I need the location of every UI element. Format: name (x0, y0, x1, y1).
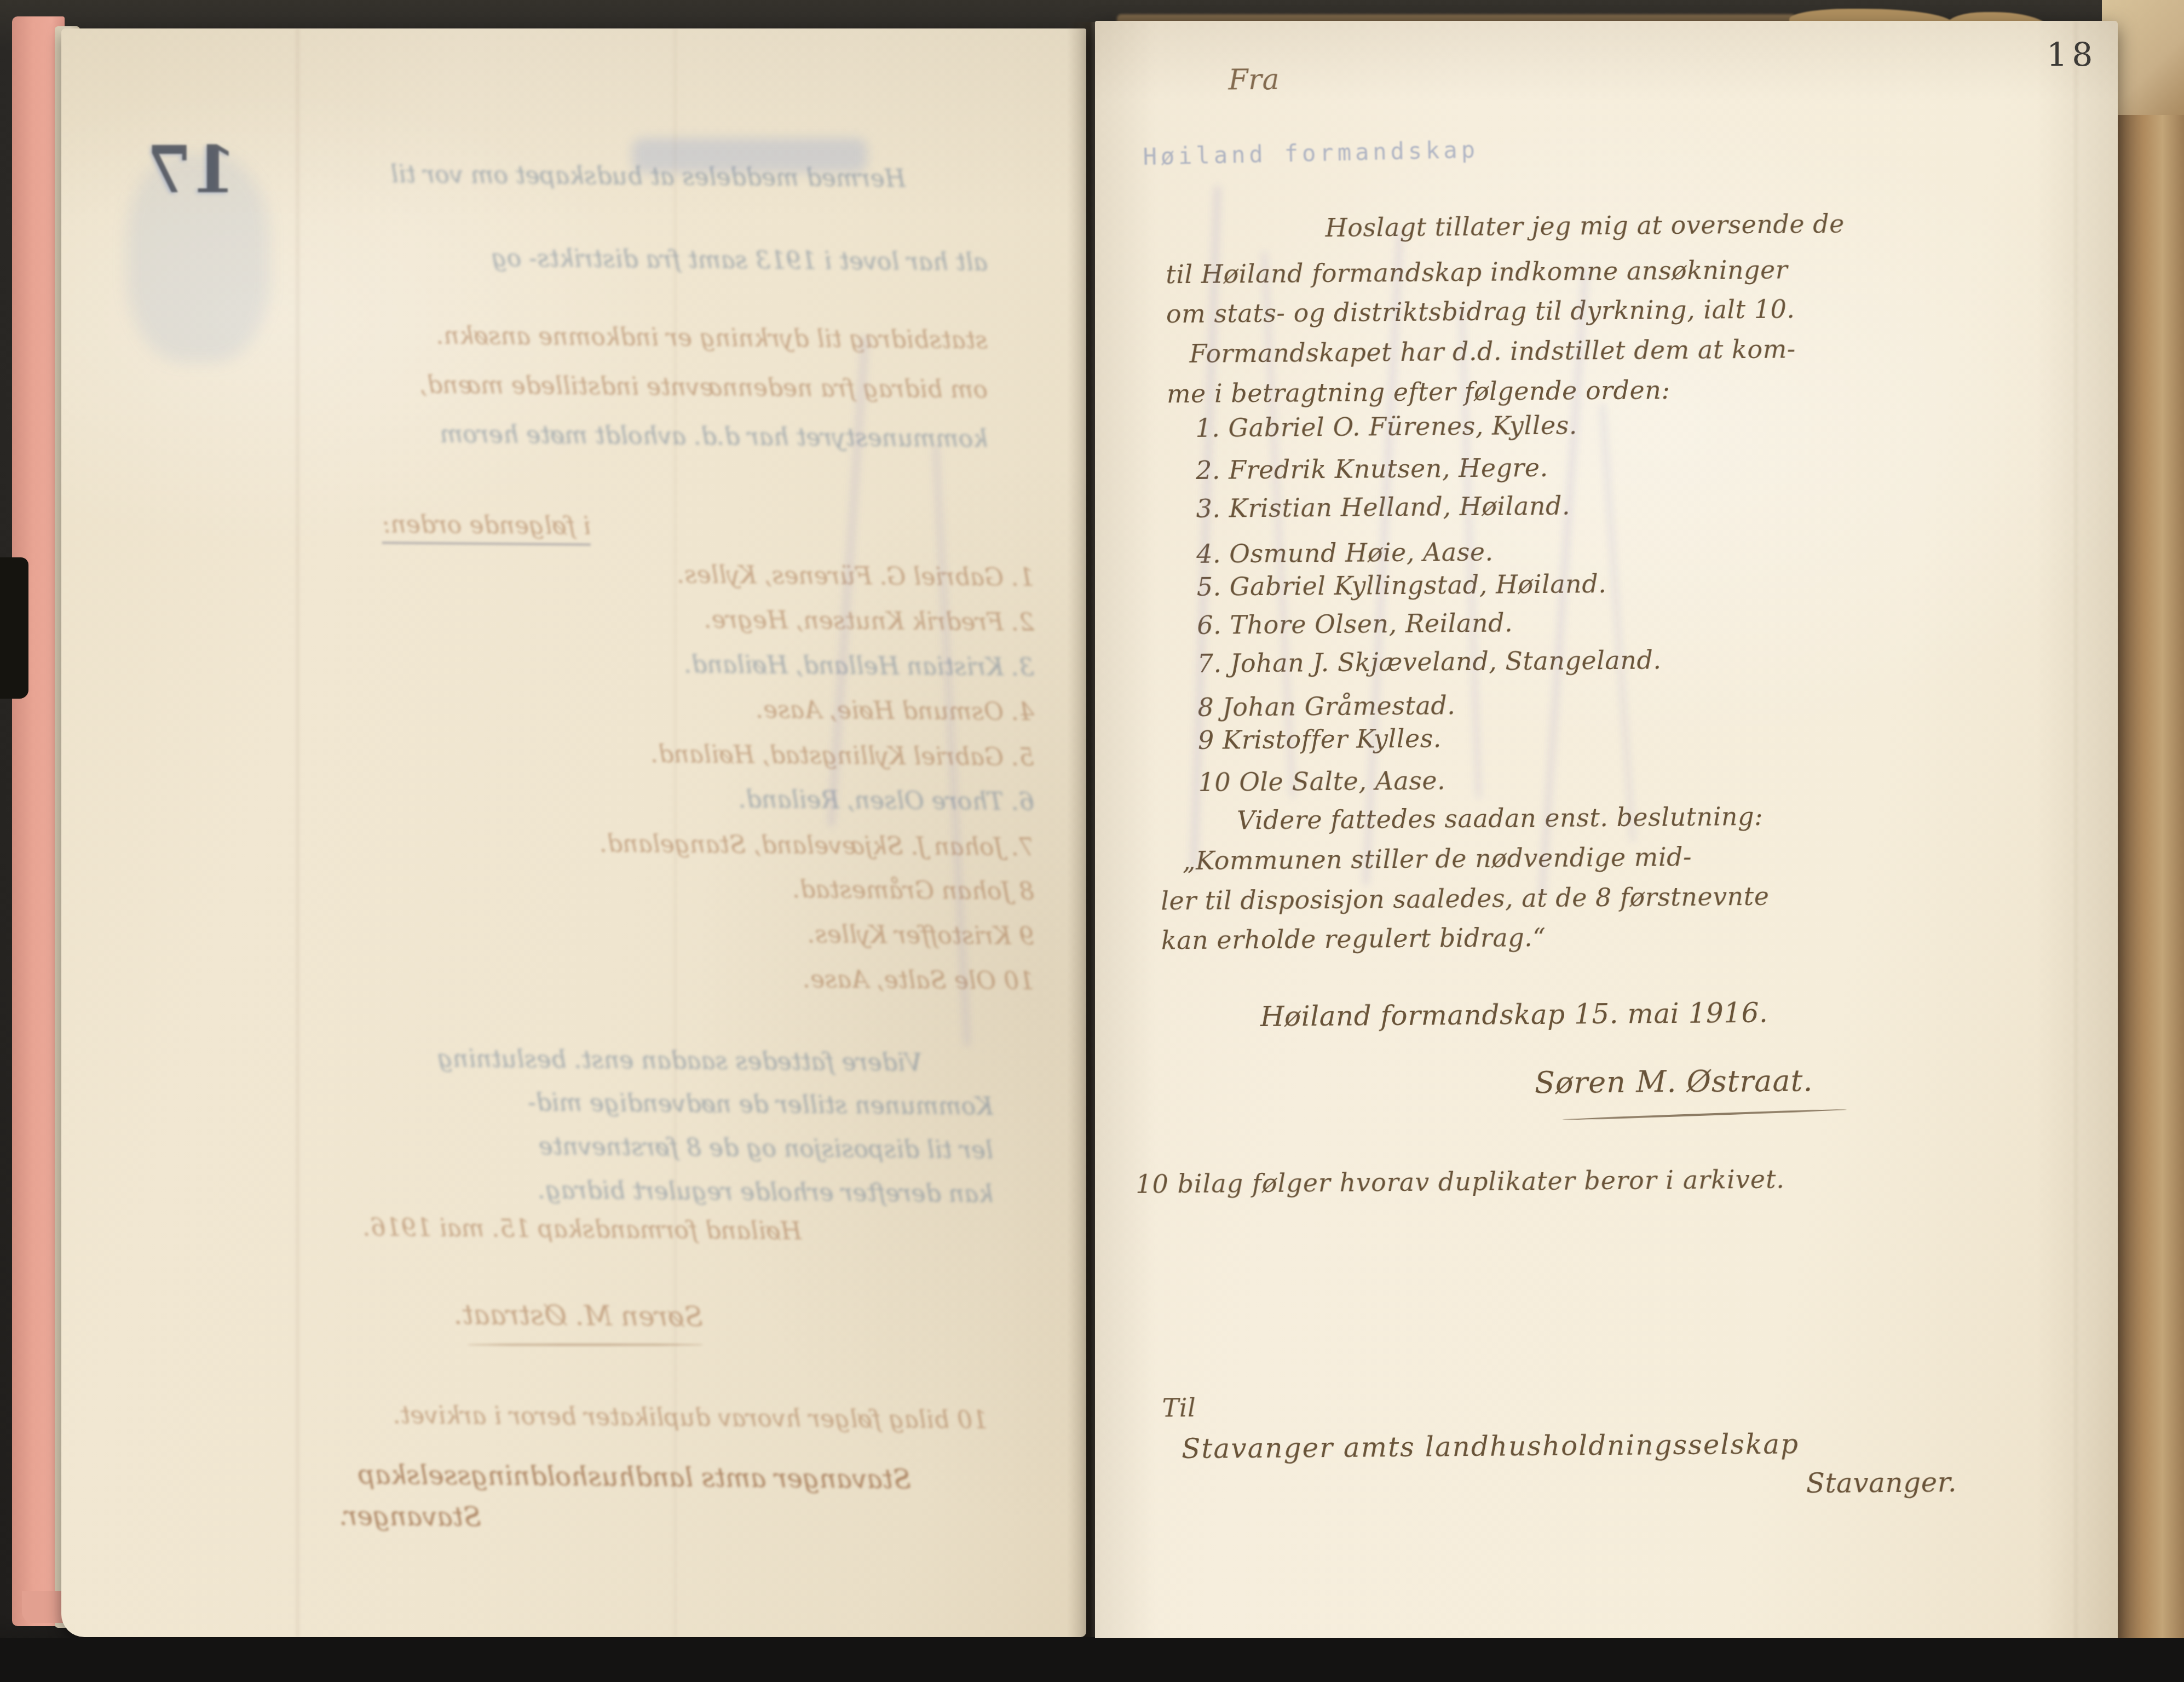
bleed-list-item: 2. Fredrik Knutsen, Hegre. (704, 606, 1035, 636)
applicant-list-item: 6. Thore Olsen, Reiland. (1197, 608, 1513, 640)
bleed-list-item: 3. Kristian Helland, Høiland. (684, 650, 1034, 682)
bleed-signature: Søren M. Østraat. (454, 1299, 704, 1333)
bleed-list-item: 7. Johan J. Skjæveland, Stangeland. (600, 830, 1034, 862)
dateline: Høiland formandskap 15. mai 1916. (1260, 997, 1768, 1033)
bleed-list-item: 8 Johan Gråmestad. (792, 875, 1034, 906)
address-line2: Stavanger. (1806, 1466, 1957, 1499)
resolution-line: ler til disposisjon saaledes, at de 8 fø… (1161, 882, 1770, 916)
book-cover-right-edge (2112, 0, 2184, 1682)
bleed-dateline: Høiland formandskap 15. mai 1916. (362, 1214, 802, 1246)
bleed-list-item: 9 Kristoffer Kylles. (807, 920, 1034, 951)
bleed-address: Stavanger amts landhusholdningsselskap (358, 1460, 911, 1495)
right-page: 18 Fra Høiland formandskap Hoslagt tilla… (1095, 21, 2118, 1648)
bleed-address: Stavanger. (339, 1501, 481, 1533)
body-line: me i betragtning efter følgende orden: (1167, 375, 1670, 408)
letter-text-layer: Fra Høiland formandskap Hoslagt tillater… (1095, 21, 2118, 1648)
bleed-line: alt har lovet i 1913 samt fra distrikts-… (491, 244, 988, 277)
cover-bottom-edge (0, 1638, 2184, 1682)
paper-crease (675, 28, 676, 1637)
bleed-list-item: 5. Gabriel Kyllingstad, Høiland. (650, 740, 1034, 771)
applicant-list-item: 8 Johan Gråmestad. (1197, 690, 1455, 722)
applicant-list-item: 4. Osmund Høie, Aase. (1196, 537, 1494, 569)
bleed-list-item: 1. Gabriel G. Fürenes, Kylles. (677, 561, 1034, 592)
applicant-list-item: 10 Ole Salte, Aase. (1198, 765, 1445, 797)
enclosure-note: 10 bilag følger hvorav duplikater beror … (1136, 1165, 1785, 1199)
body-line: Hoslagt tillater jeg mig at oversende de (1325, 209, 1845, 243)
archival-book-scan: 17 Hermed meddeles at budskapet om vor t… (0, 0, 2184, 1682)
resolution-line: „Kommunen stiller de nødvendige mid- (1182, 842, 1692, 875)
signature: Søren M. Østraat. (1535, 1063, 1813, 1100)
municipality-stamp: Høiland formandskap (1143, 136, 1479, 170)
bleed-enclosure: 10 bilag følger hvorav duplikater beror … (393, 1401, 988, 1434)
bleed-page-number: 17 (147, 131, 237, 208)
applicant-list-item: 5. Gabriel Kyllingstad, Høiland. (1197, 569, 1607, 602)
letter-heading: Fra (1228, 64, 1280, 97)
bleed-line: Hermed meddeles at budskapet om vor til (390, 160, 906, 193)
body-line: til Høiland formandskap indkomne ansøkni… (1166, 255, 1788, 289)
resolution-line: kan erholde regulert bidrag.“ (1161, 923, 1546, 955)
bleed-list-item: 6. Thore Olsen, Reiland. (738, 786, 1034, 816)
address-line1: Stavanger amts landhusholdningsselskap (1182, 1428, 1800, 1465)
bleed-list-item: 4. Osmund Høie, Aase. (756, 696, 1034, 726)
bleed-heading: i følgende orden: (382, 510, 591, 545)
paper-crease (297, 28, 298, 1637)
bleed-line: kan derefter erholde regulert bidrag. (538, 1176, 993, 1208)
bleed-line: Kommunen stiller de nødvendige mid- (528, 1088, 993, 1120)
bleed-line: kommunestyret har d.d. avholdt møte hero… (440, 420, 988, 453)
signature-underline (1562, 1108, 1847, 1121)
body-line: Formandskapet har d.d. indstillet dem at… (1189, 334, 1796, 368)
resolution-line: Videre fattedes saadan enst. beslutning: (1237, 802, 1763, 836)
bleed-line: ler til disposisjon og de 8 førstnevnte (538, 1132, 993, 1164)
left-page: 17 Hermed meddeles at budskapet om vor t… (61, 28, 1086, 1637)
spine-clip (0, 557, 28, 699)
applicant-list-item: 2. Fredrik Knutsen, Hegre. (1196, 453, 1548, 485)
bleedthrough-layer: 17 Hermed meddeles at budskapet om vor t… (61, 28, 1086, 1637)
bleed-line: om bidrag fra nedennævnte indstillede mæ… (419, 371, 988, 404)
bleed-line: statsbidrag til dyrkning er indkomne ans… (436, 322, 988, 355)
address-to: Til (1162, 1393, 1196, 1422)
bleed-line: Videre fattedes saadan enst. beslutning (437, 1045, 923, 1077)
bleed-signature-underline (468, 1344, 703, 1346)
applicant-list-item: 9 Kristoffer Kylles. (1198, 723, 1442, 754)
body-line: om stats- og distriktsbidrag til dyrknin… (1166, 294, 1795, 329)
applicant-list-item: 7. Johan J. Skjæveland, Stangeland. (1197, 645, 1662, 678)
bleed-list-item: 10 Ole Salte, Aase. (803, 965, 1034, 995)
